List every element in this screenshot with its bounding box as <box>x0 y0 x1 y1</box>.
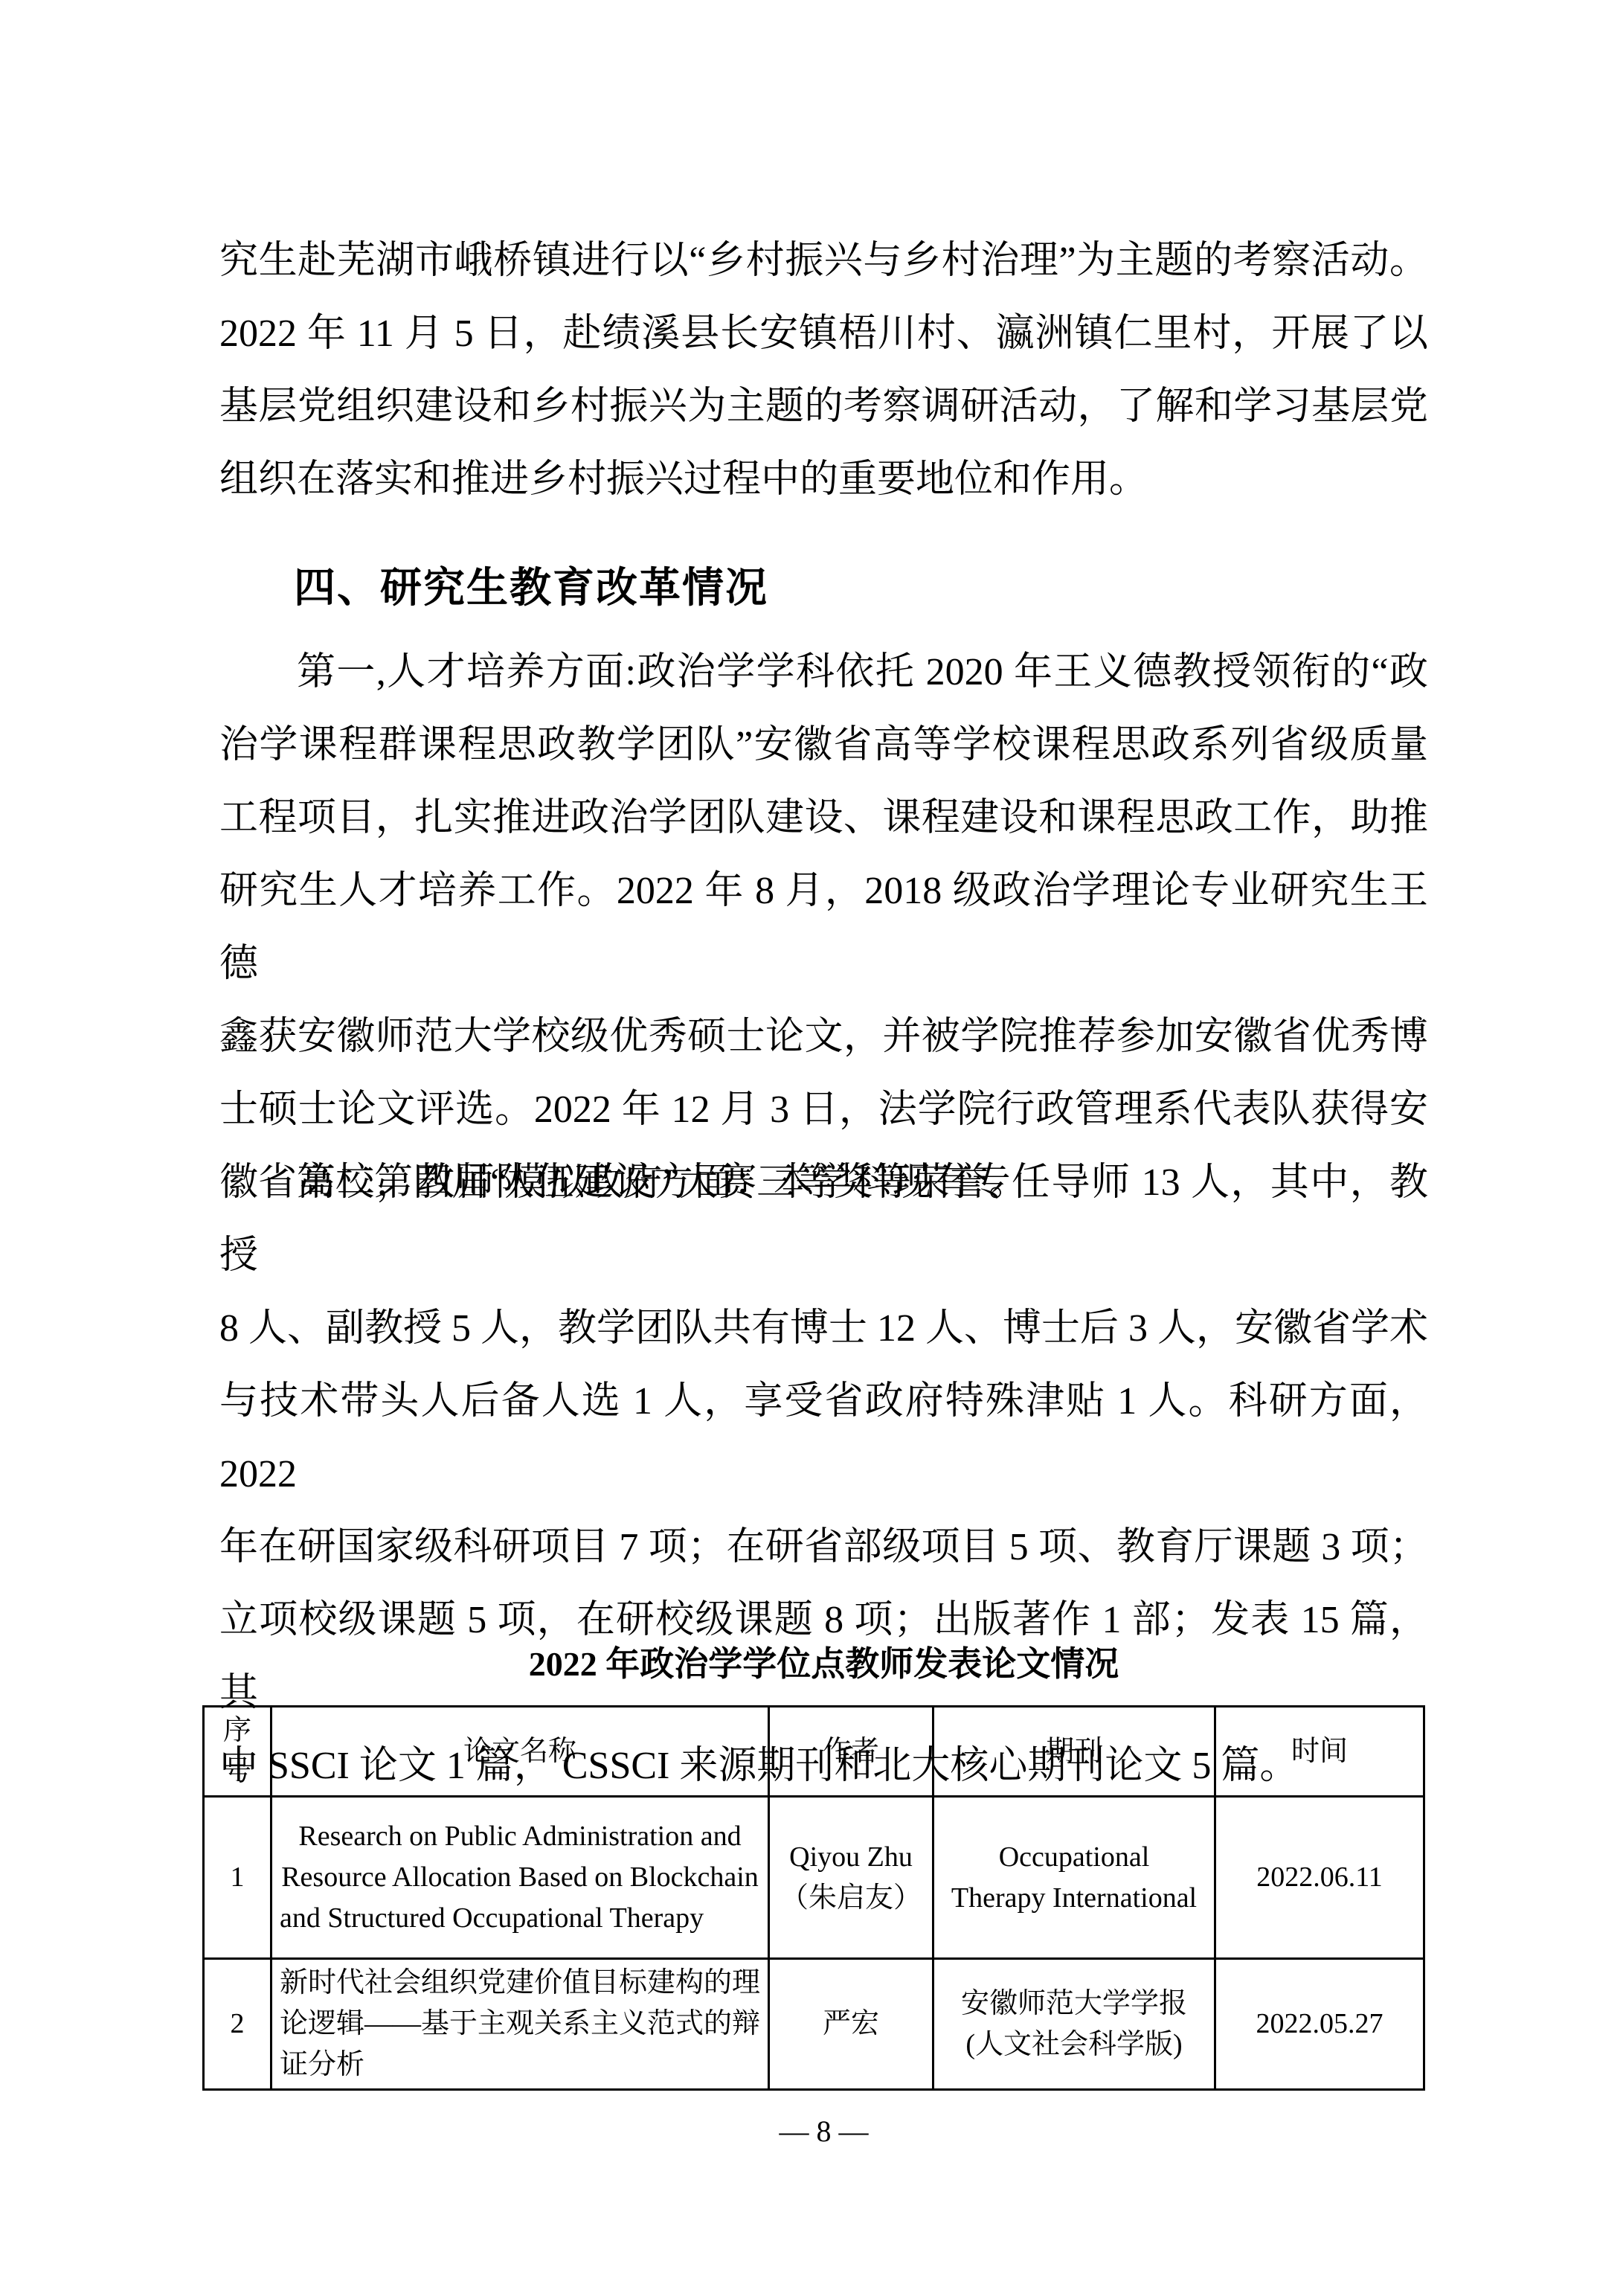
cell-journal: 安徽师范大学学报 (人文社会科学版) <box>933 1959 1215 2090</box>
col-header-date: 时间 <box>1215 1707 1424 1797</box>
cell-author: Qiyou Zhu （朱启友） <box>769 1797 933 1959</box>
paragraph-1: 究生赴芜湖市峨桥镇进行以“乡村振兴与乡村治理”为主题的考察活动。 2022 年 … <box>219 225 1428 516</box>
cell-date: 2022.05.27 <box>1215 1959 1424 2090</box>
text-line: 年在研国家级科研项目 7 项；在研省部级项目 5 项、教育厅课题 3 项； <box>219 1511 1428 1584</box>
table-row: 1 Research on Public Administration and … <box>204 1797 1424 1959</box>
text-line: 士硕士论文评选。2022 年 12 月 3 日，法学院行政管理系代表队获得安 <box>219 1074 1428 1147</box>
cell-paper-title: Research on Public Administration and Re… <box>271 1797 769 1959</box>
text-line: 组织在落实和推进乡村振兴过程中的重要地位和作用。 <box>219 443 1428 516</box>
text-line: 第一,人才培养方面:政治学学科依托 2020 年王义德教授领衔的“政 <box>219 636 1428 709</box>
paragraph-2: 第一,人才培养方面:政治学学科依托 2020 年王义德教授领衔的“政 治学课程群… <box>219 636 1428 1219</box>
col-header-paper-title: 论文名称 <box>271 1707 769 1797</box>
col-header-journal: 期刊 <box>933 1707 1215 1797</box>
cell-date: 2022.06.11 <box>1215 1797 1424 1959</box>
cell-journal: Occupational Therapy International <box>933 1797 1215 1959</box>
text-line: 与技术带头人后备人选 1 人，享受省政府特殊津贴 1 人。科研方面，2022 <box>219 1365 1428 1511</box>
cell-author: 严宏 <box>769 1959 933 2090</box>
cell-index: 2 <box>204 1959 271 2090</box>
page-number: — 8 — <box>219 2113 1428 2150</box>
text-line: 工程项目，扎实推进政治学团队建设、课程建设和课程思政工作，助推 <box>219 782 1428 855</box>
papers-table: 序号 论文名称 作者 期刊 时间 1 Research on Public Ad… <box>202 1705 1425 2091</box>
section-heading: 四、研究生教育改革情况 <box>294 562 768 614</box>
document-page: 究生赴芜湖市峨桥镇进行以“乡村振兴与乡村治理”为主题的考察活动。 2022 年 … <box>0 0 1623 2296</box>
cell-index: 1 <box>204 1797 271 1959</box>
col-header-author: 作者 <box>769 1707 933 1797</box>
text-line: 治学课程群课程思政教学团队”安徽省高等学校课程思政系列省级质量 <box>219 709 1428 782</box>
text-line: 2022 年 11 月 5 日，赴绩溪县长安镇梧川村、瀛洲镇仁里村，开展了以 <box>219 298 1428 371</box>
text-line: 鑫获安徽师范大学校级优秀硕士论文，并被学院推荐参加安徽省优秀博 <box>219 1001 1428 1074</box>
paragraph-3: 第二，教师队伍建设方面：本学科现有专任导师 13 人，其中，教授 8 人、副教授… <box>219 1147 1428 1803</box>
text-line: 研究生人才培养工作。2022 年 8 月，2018 级政治学理论专业研究生王德 <box>219 855 1428 1001</box>
text-line: 8 人、副教授 5 人，教学团队共有博士 12 人、博士后 3 人，安徽省学术 <box>219 1292 1428 1365</box>
text-line: 第二，教师队伍建设方面：本学科现有专任导师 13 人，其中，教授 <box>219 1147 1428 1292</box>
cell-paper-title: 新时代社会组织党建价值目标建构的理论逻辑——基于主观关系主义范式的辩证分析 <box>271 1959 769 2090</box>
col-header-index: 序号 <box>204 1707 271 1797</box>
table-title: 2022 年政治学学位点教师发表论文情况 <box>219 1642 1428 1687</box>
table-row: 2 新时代社会组织党建价值目标建构的理论逻辑——基于主观关系主义范式的辩证分析 … <box>204 1959 1424 2090</box>
text-line: 究生赴芜湖市峨桥镇进行以“乡村振兴与乡村治理”为主题的考察活动。 <box>219 225 1428 298</box>
table-header-row: 序号 论文名称 作者 期刊 时间 <box>204 1707 1424 1797</box>
text-line: 基层党组织建设和乡村振兴为主题的考察调研活动，了解和学习基层党 <box>219 371 1428 443</box>
